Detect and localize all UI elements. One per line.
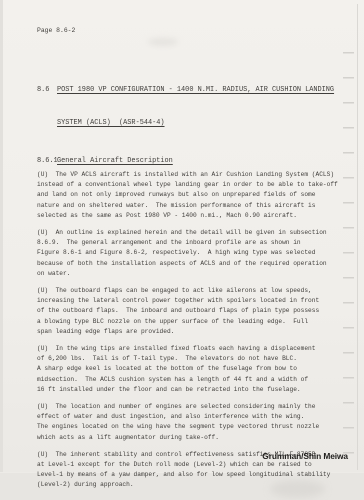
page-edge-line <box>357 4 358 470</box>
scanned-document-page: Page 8.6-2 8.6POST 1980 VP CONFIGURATION… <box>0 0 364 500</box>
page-number: Page 8.6-2 <box>37 26 349 35</box>
subsection-number: 8.6.1 <box>37 156 57 167</box>
section-heading-line1: 8.6POST 1980 VP CONFIGURATION - 1400 N.M… <box>37 85 349 96</box>
paragraph-4: (U) In the wing tips are installed fixed… <box>37 344 349 395</box>
document-body: Page 8.6-2 8.6POST 1980 VP CONFIGURATION… <box>37 26 349 498</box>
section-title-line2: SYSTEM (ACLS) (ASR-544-4) <box>57 119 165 127</box>
paragraph-3: (U) The outboard flaps can be engaged to… <box>37 286 349 337</box>
section-heading: 8.6POST 1980 VP CONFIGURATION - 1400 N.M… <box>37 63 349 151</box>
section-heading-line2: SYSTEM (ACLS) (ASR-544-4) <box>37 118 349 129</box>
section-number: 8.6 <box>37 85 57 96</box>
subsection-title: General Aircraft Description <box>57 157 173 165</box>
company-brand: Grumman/Shin Meiwa <box>262 451 348 461</box>
scan-edge-left <box>0 0 3 500</box>
paragraph-1: (U) The VP ACLS aircraft is installed wi… <box>37 170 349 221</box>
paragraph-5: (U) The location and number of engines a… <box>37 402 349 443</box>
section-title-line1: POST 1980 VP CONFIGURATION - 1400 N.MI. … <box>57 86 334 94</box>
paragraph-2: (U) An outline is explained herein and t… <box>37 228 349 279</box>
subsection-heading: 8.6.1General Aircraft Description <box>37 156 349 167</box>
